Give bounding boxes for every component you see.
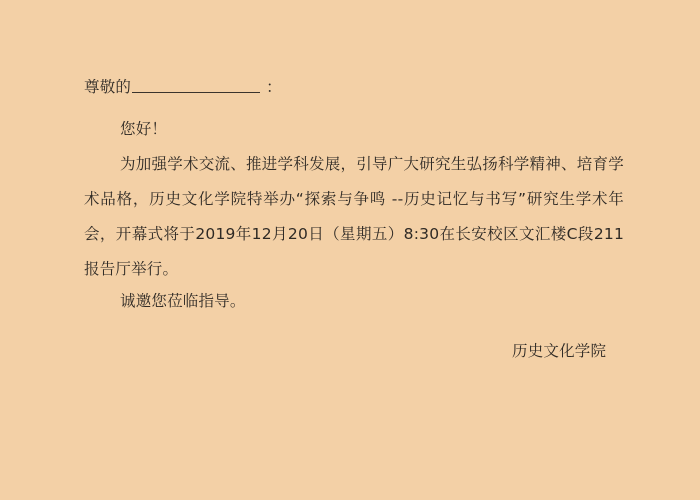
signature: 历史文化学院 (512, 339, 606, 361)
recipient-name-blank (132, 78, 260, 93)
salutation-colon: ： (266, 75, 282, 97)
salutation-prefix: 尊敬的 (84, 75, 131, 97)
closing-line: 诚邀您莅临指导。 (120, 289, 246, 311)
greeting: 您好！ (120, 117, 167, 139)
body-paragraph: 为加强学术交流、推进学科发展，引导广大研究生弘扬科学精神、培育学术品格，历史文化… (84, 147, 624, 287)
salutation-line: 尊敬的 ： (84, 75, 282, 97)
